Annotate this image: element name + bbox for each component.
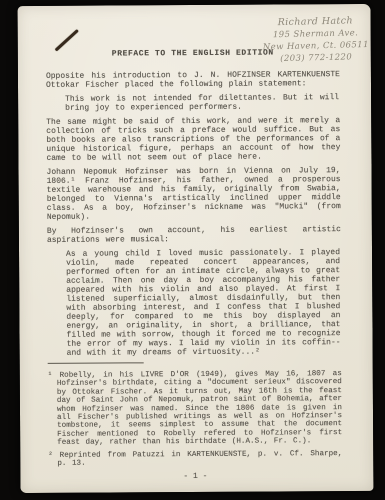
document-title: PREFACE TO THE ENGLISH EDITION — [46, 48, 340, 59]
typewritten-content: PREFACE TO THE ENGLISH EDITION Opposite … — [46, 48, 343, 482]
photo-backdrop: Richard Hatch 195 Sherman Ave. New Haven… — [0, 0, 385, 500]
paragraph-musical-lead: By Hofzinser's own account, his earliest… — [47, 225, 341, 245]
paragraph-birth: Johann Nepomuk Hofzinser was born in Vie… — [47, 166, 341, 222]
page-number: - 1 - — [48, 472, 342, 483]
blockquote-hofzinser-memoir: As a young child I loved music passionat… — [66, 248, 341, 358]
footnote-separator — [48, 362, 144, 364]
blockquote-fischer-statement: This work is not intended for dilettante… — [65, 93, 339, 113]
footnote-1: ¹ Robelly, in his LIVRE D'OR (1949), giv… — [48, 370, 342, 447]
manuscript-page: Richard Hatch 195 Sherman Ave. New Haven… — [18, 4, 374, 493]
pen-slash-mark — [55, 29, 79, 51]
footnote-2: ² Reprinted from Patuzzi in KARTENKUENST… — [48, 450, 342, 469]
paragraph-purpose: The same might be said of this work, and… — [46, 116, 340, 163]
paragraph-intro: Opposite his introduction to J. N. HOFZI… — [46, 70, 340, 90]
